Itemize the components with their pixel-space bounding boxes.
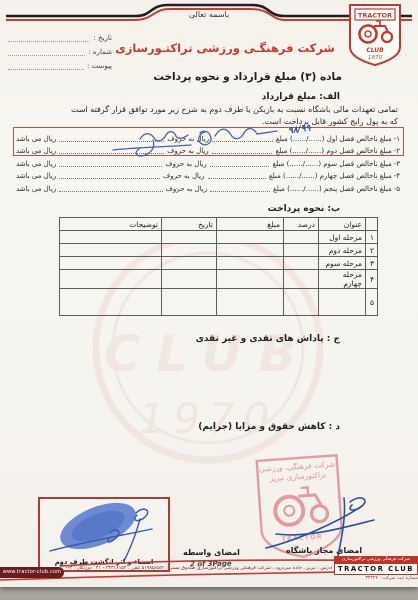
contract-item-4: ۴- مبلغ ناخالص فصل چهارم (....../......)… <box>16 168 400 181</box>
number-field-line <box>8 47 85 56</box>
empty-cell <box>217 289 284 316</box>
handwriting-ink <box>55 123 365 159</box>
bismillah-text: باسمه تعالی <box>149 10 269 19</box>
item-number: ۱- <box>394 135 400 143</box>
empty-cell <box>162 289 217 316</box>
website-badge: www.tractor-club.com <box>0 567 64 578</box>
empty-cell <box>284 257 319 270</box>
empty-cell <box>162 231 217 244</box>
item-label: مبلغ ناخالص فصل سوم (....../......) مبلغ <box>272 160 391 168</box>
dotted-line <box>59 184 162 192</box>
empty-cell <box>217 270 284 289</box>
section-c-label: ج : پاداش های نقدی و غیر نقدی <box>196 334 340 344</box>
registration-number: شماره ثبت شرکت : ۳۲۳۲۴ <box>334 576 418 581</box>
item-words-label: ریال به حروف <box>166 185 208 193</box>
row-number: ۱ <box>366 231 378 244</box>
row-number: ۵ <box>366 289 378 316</box>
empty-cell <box>60 231 162 244</box>
item-label: مبلغ ناخالص فصل پنجم (....../......) مبل… <box>273 185 392 193</box>
item-number: ۲- <box>394 147 400 155</box>
club-signature-label: امضای مجاز باشگاه <box>286 546 362 555</box>
club-logo: TRACTOR CLUB 1970 <box>347 3 403 67</box>
item-words-label: ریال به حروف <box>165 160 207 168</box>
col-amount: مبلغ <box>217 218 284 231</box>
company-title: شرکت فرهنگـی ورزشی تراکتـورسازی <box>105 41 345 55</box>
dotted-line <box>210 159 270 167</box>
col-row-number <box>366 218 378 231</box>
scanned-contract-page: { "header": { "bismillah": "باسمه تعالی"… <box>0 0 418 600</box>
row-title: مرحله سوم <box>319 257 366 270</box>
page-indicator: 2 of 3Page <box>190 560 232 569</box>
number-field: شماره : <box>8 42 112 56</box>
empty-cell <box>162 257 217 270</box>
empty-cell <box>60 257 162 270</box>
intro-line-1: تمامی تعهدات مالی باشگاه نسبت به بازیکن … <box>54 104 398 116</box>
table-row: ۴ مرحله چهارم <box>60 270 378 289</box>
empty-cell <box>217 244 284 257</box>
item-words-label: ریال به حروف <box>163 172 205 180</box>
empty-cell <box>60 244 162 257</box>
table-row: ۳ مرحله سوم <box>60 257 378 270</box>
item-suffix: ریال می باشد <box>16 172 56 180</box>
attachment-field-line <box>8 61 84 70</box>
section-a-label: الف: مبلغ قرارداد <box>262 92 340 102</box>
empty-cell <box>217 257 284 270</box>
date-field: تاریخ : <box>8 28 112 42</box>
col-notes: توضیحات <box>60 218 162 231</box>
footer-phone: تلفن : ۳۳۳۱۸۱۵۴ - ۰۴۱ <box>93 566 140 571</box>
empty-cell <box>284 244 319 257</box>
logo-year-text: 1970 <box>368 55 382 61</box>
date-field-line <box>8 33 90 42</box>
dotted-line <box>59 171 160 179</box>
empty-cell <box>217 231 284 244</box>
row-number: ۴ <box>366 270 378 289</box>
empty-cell <box>284 289 319 316</box>
empty-cell <box>284 270 319 289</box>
attachment-field: پیوست : <box>8 56 112 70</box>
table-row: ۵ <box>60 289 378 316</box>
logo-wordmark: TRACTOR <box>358 12 392 20</box>
item-suffix: ریال می باشد <box>16 160 56 168</box>
table-header-row: عنوان درصد مبلغ تاریخ توضیحات <box>60 218 378 231</box>
logo-club-text: CLUB <box>366 47 384 54</box>
col-title: عنوان <box>319 218 366 231</box>
empty-cell <box>284 231 319 244</box>
row-title: مرحله دوم <box>319 244 366 257</box>
attachment-field-label: پیوست : <box>87 62 112 70</box>
footer-brand-box: شرکت فرهنگی ورزشی تراکتورسازی TRACTOR CL… <box>334 556 418 581</box>
section-b-label: ب: نحوه پرداخت <box>268 204 340 214</box>
empty-cell <box>60 270 162 289</box>
reference-fields: تاریخ : شماره : پیوست : <box>8 28 112 70</box>
empty-cell <box>162 270 217 289</box>
table-row: ۱ مرحله اول <box>60 231 378 244</box>
row-title <box>319 289 366 316</box>
empty-cell <box>162 244 217 257</box>
item-number: ۴- <box>394 172 400 180</box>
dotted-line <box>208 171 266 179</box>
dotted-line <box>59 159 162 167</box>
article-title: ماده (۳) مبلغ قرارداد و نحوه پرداخت <box>153 71 342 83</box>
row-title: مرحله چهارم <box>319 270 366 289</box>
col-date: تاریخ <box>162 218 217 231</box>
table-row: ۲ مرحله دوم <box>60 244 378 257</box>
empty-cell <box>60 289 162 316</box>
item-number: ۳- <box>394 160 400 168</box>
payment-table: عنوان درصد مبلغ تاریخ توضیحات ۱ مرحله او… <box>59 217 378 316</box>
section-d-label: د : کاهش حقوق و مزایا (جرایم) <box>198 422 340 432</box>
item-suffix: ریال می باشد <box>16 185 56 193</box>
col-percent: درصد <box>284 218 319 231</box>
contract-item-5: ۵- مبلغ ناخالص فصل پنجم (....../......) … <box>16 180 400 193</box>
row-number: ۳ <box>366 257 378 270</box>
paper-sheet: باسمه تعالی TRACTOR CLUB 1970 تاریخ : شم… <box>0 0 418 587</box>
watermark-year-text: 1970 <box>139 394 278 443</box>
item-suffix: ریال می باشد <box>16 135 56 143</box>
item-number: ۵- <box>394 185 400 193</box>
item-label: مبلغ ناخالص فصل چهارم (....../......) مب… <box>269 172 392 180</box>
footer-fax: دورنگار : ۳۳۳۲۸۶۶۴ - ۰۴۱ <box>66 566 92 571</box>
row-title: مرحله اول <box>319 231 366 244</box>
footer-brand-fa: شرکت فرهنگی ورزشی تراکتورسازی <box>334 556 418 564</box>
footer-postal: صندوق پستی : ۵۱۹۸۵/۵۸۳ <box>142 566 196 571</box>
footer-brand-en: TRACTOR CLUB <box>334 564 418 575</box>
item-suffix: ریال می باشد <box>16 147 56 155</box>
row-number: ۲ <box>366 244 378 257</box>
dotted-line <box>210 184 270 192</box>
